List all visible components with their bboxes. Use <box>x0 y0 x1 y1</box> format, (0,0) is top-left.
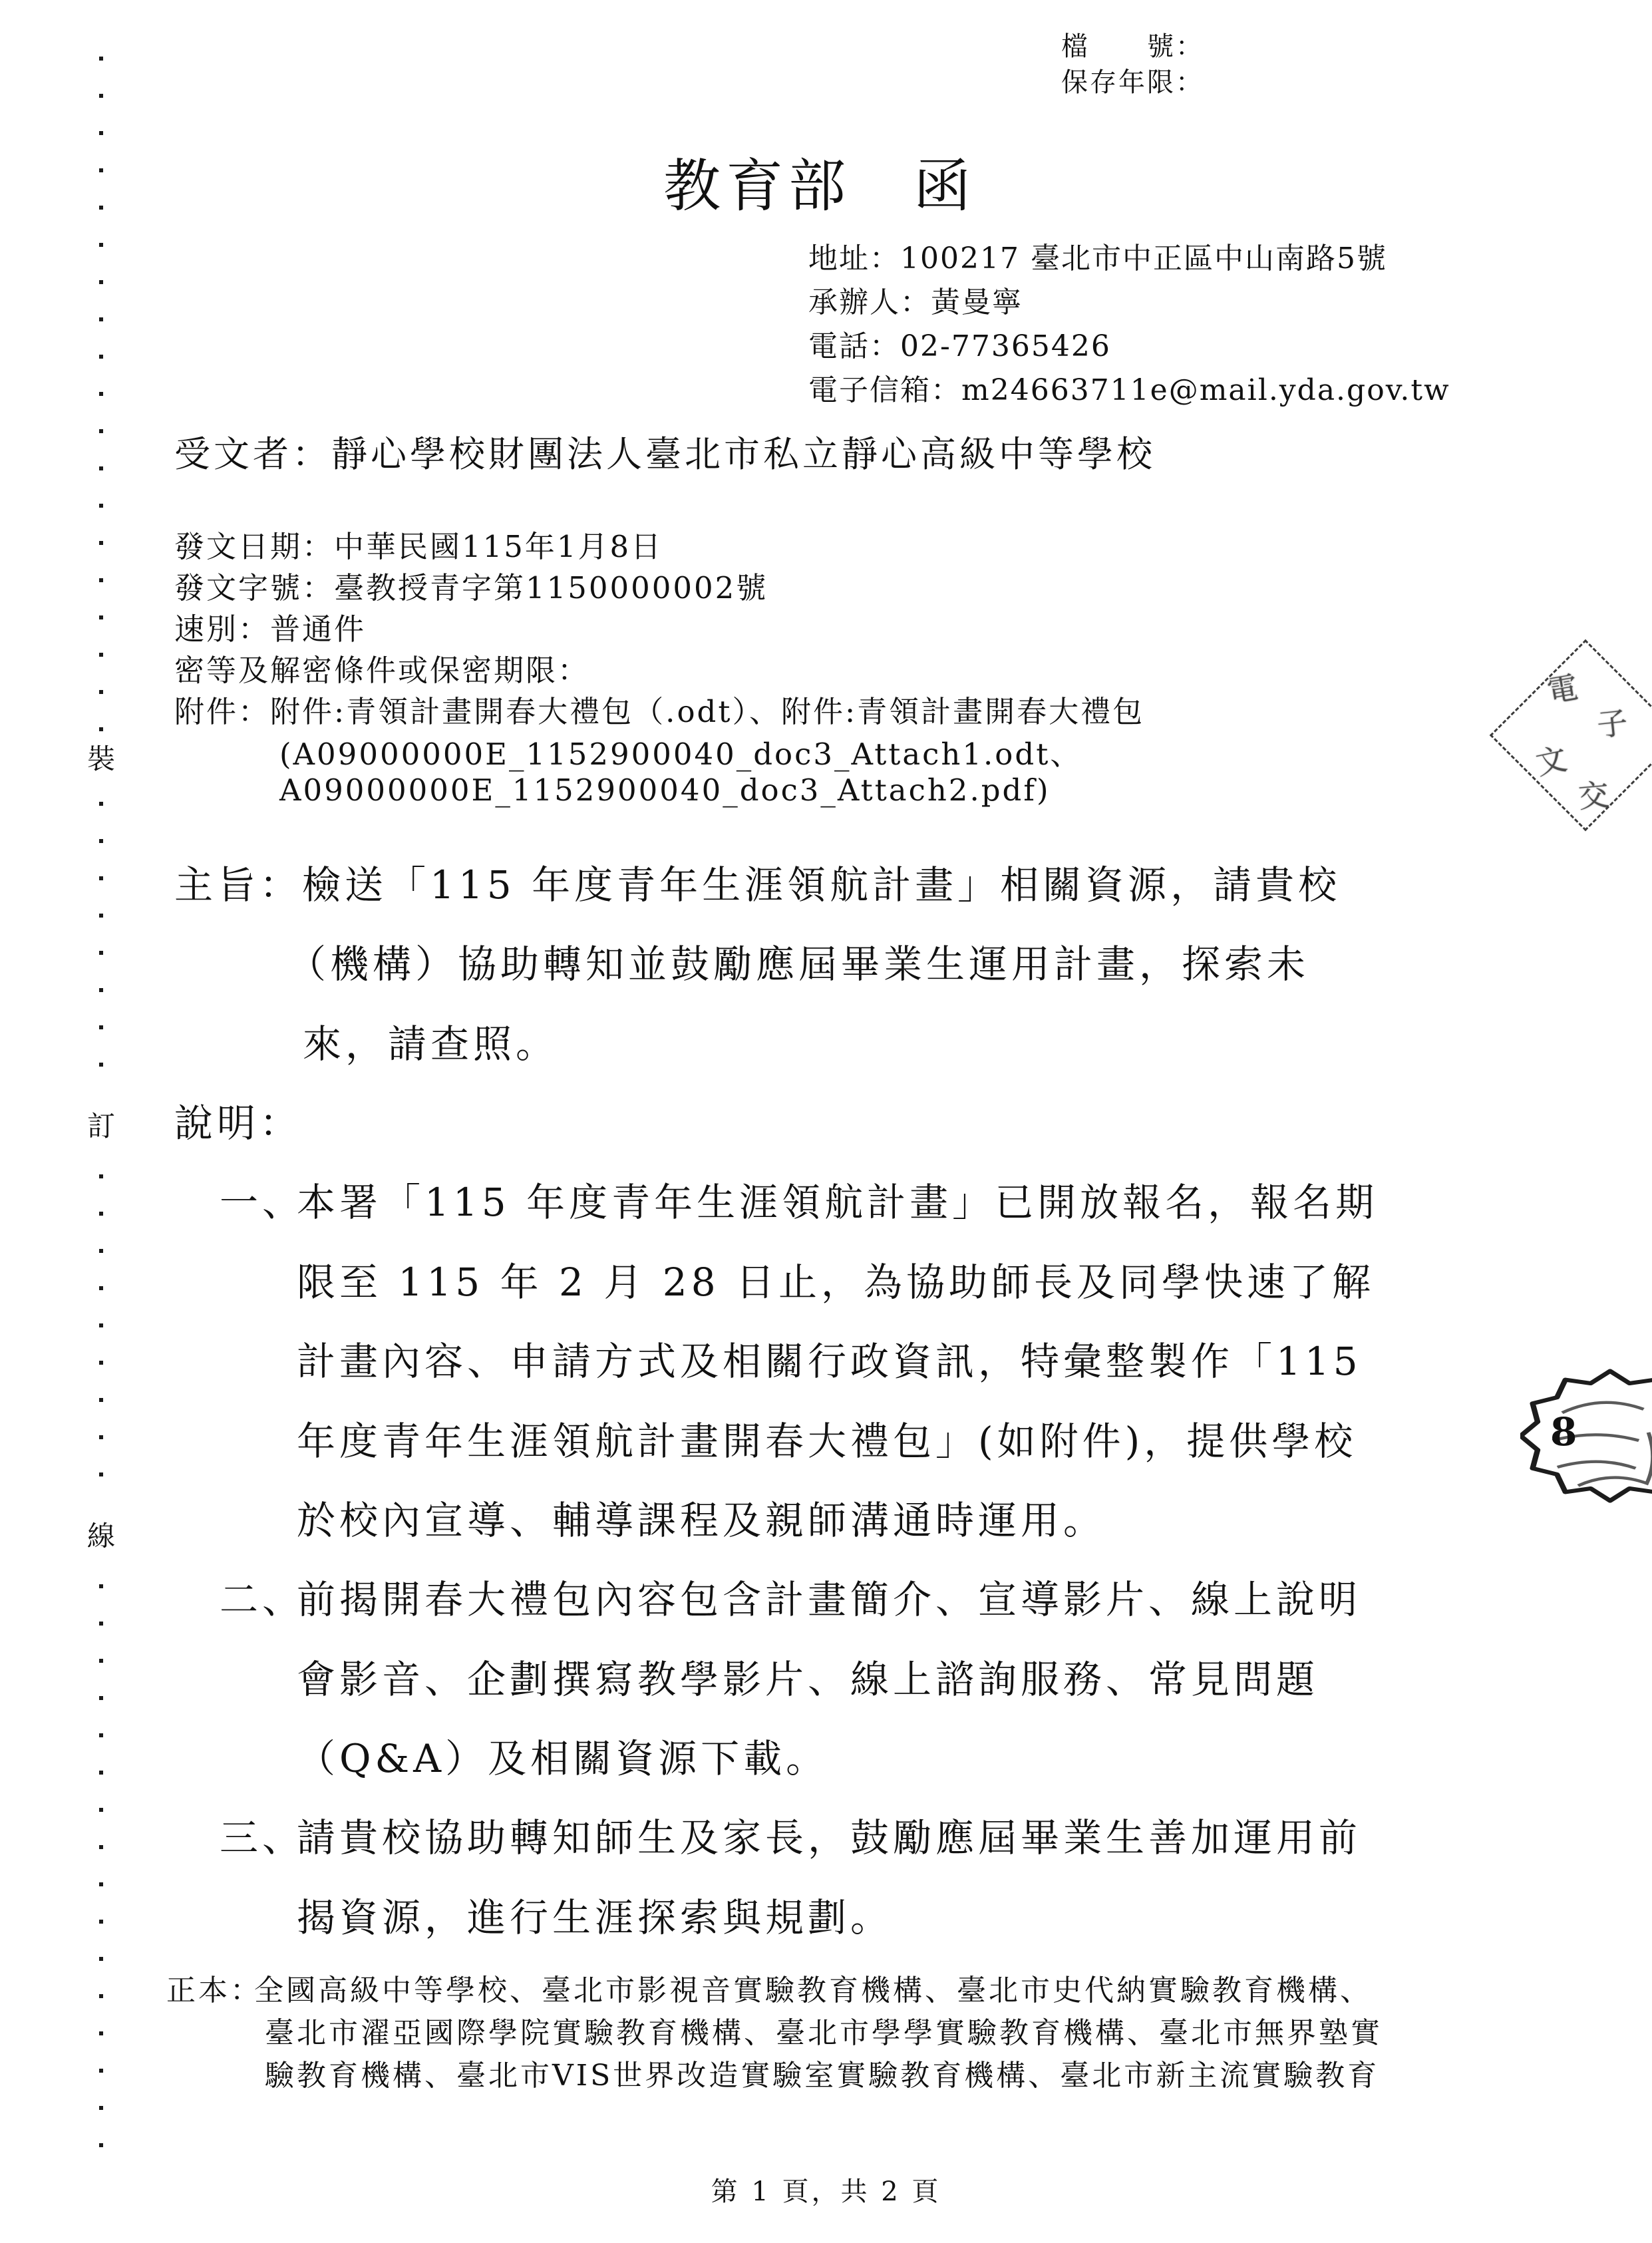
subject-line-2: （機構）協助轉知並鼓勵應屆畢業生運用計畫，探索未 <box>287 933 1309 989</box>
subject-line-1: 主旨：檢送「115 年度青年生涯領航計畫」相關資源，請貴校 <box>174 854 1341 910</box>
copies-line-2: 臺北市濯亞國際學院實驗教育機構、臺北市學學實驗教育機構、臺北市無界塾實 <box>265 2009 1383 2051</box>
item3-line-1: 請貴校協助轉知師生及家長，鼓勵應屆畢業生善加運用前 <box>297 1807 1361 1862</box>
file-number-label: 檔 號： <box>1061 25 1204 63</box>
sender-phone: 電話：02-77365426 <box>808 322 1111 365</box>
attachment-line-3: A09000000E_1152900040_doc3_Attach2.pdf) <box>279 773 1051 808</box>
doc-number-line: 發文字號：臺教授青字第1150000002號 <box>174 564 768 607</box>
binding-mark-xian: 線 <box>84 1509 118 1564</box>
flower-seal-badge <box>1520 1357 1652 1517</box>
speed-class-line: 速別：普通件 <box>174 605 366 648</box>
item2-line-1: 前揭開春大禮包內容包含計畫簡介、宣導影片、線上說明 <box>297 1568 1361 1624</box>
exchange-stamp-char-4: 交 <box>1576 771 1611 817</box>
binding-mark-ding: 訂 <box>84 1099 118 1154</box>
item1-line-4: 年度青年生涯領航計畫開春大禮包」(如附件)，提供學校 <box>297 1410 1357 1466</box>
page-indicator: 第 1 頁，共 2 頁 <box>711 2170 941 2208</box>
copies-line-1: 全國高級中等學校、臺北市影視音實驗教育機構、臺北市史代納實驗教育機構、 <box>254 1966 1372 2009</box>
letter-page: 裝 訂 線 檔 號： 保存年限： 教育部 函 地址：100217 臺北市中正區中… <box>0 0 1652 2243</box>
subject-line-3: 來，請查照。 <box>303 1013 558 1069</box>
item1-line-1: 本署「115 年度青年生涯領航計畫」已開放報名，報名期 <box>297 1171 1378 1227</box>
item1-line-5: 於校內宣導、輔導課程及親師溝通時運用。 <box>297 1489 1106 1545</box>
exchange-stamp-char-2: 子 <box>1595 699 1630 745</box>
sender-address: 地址：100217 臺北市中正區中山南路5號 <box>808 234 1387 277</box>
issue-date-line: 發文日期：中華民國115年1月8日 <box>174 522 663 566</box>
attachment-line-1: 附件：附件:青領計畫開春大禮包（.odt）、附件:青領計畫開春大禮包 <box>174 687 1144 731</box>
document-title: 教育部 函 <box>663 140 976 222</box>
security-class-line: 密等及解密條件或保密期限： <box>174 646 589 689</box>
flower-seal-number: 8 <box>1550 1409 1577 1455</box>
item3-marker: 三、 <box>220 1807 305 1862</box>
copies-line-3: 驗教育機構、臺北市VIS世界改造實驗室實驗教育機構、臺北市新主流實驗教育 <box>265 2051 1379 2094</box>
attachment-line-2: (A09000000E_1152900040_doc3_Attach1.odt、 <box>279 730 1082 773</box>
sender-email: 電子信箱：m24663711e@mail.yda.gov.tw <box>808 366 1450 409</box>
recipient-line: 受文者：靜心學校財團法人臺北市私立靜心高級中等學校 <box>174 426 1156 477</box>
sender-contact-person: 承辦人：黃曼寧 <box>808 278 1023 321</box>
item2-marker: 二、 <box>220 1568 305 1624</box>
item1-line-2: 限至 115 年 2 月 28 日止，為協助師長及同學快速了解 <box>297 1251 1375 1307</box>
item1-line-3: 計畫內容、申請方式及相關行政資訊，特彙整製作「115 <box>297 1330 1362 1386</box>
retention-period-label: 保存年限： <box>1061 61 1204 99</box>
item3-line-2: 揭資源，進行生涯探索與規劃。 <box>297 1886 893 1942</box>
item1-marker: 一、 <box>220 1171 305 1227</box>
copies-label: 正本： <box>166 1966 262 2009</box>
explanation-heading: 說明： <box>174 1092 302 1148</box>
item2-line-3: （Q&A）及相關資源下載。 <box>297 1727 828 1783</box>
item2-line-2: 會影音、企劃撰寫教學影片、線上諮詢服務、常見問題 <box>297 1648 1319 1704</box>
binding-mark-zhuang: 裝 <box>84 732 118 786</box>
